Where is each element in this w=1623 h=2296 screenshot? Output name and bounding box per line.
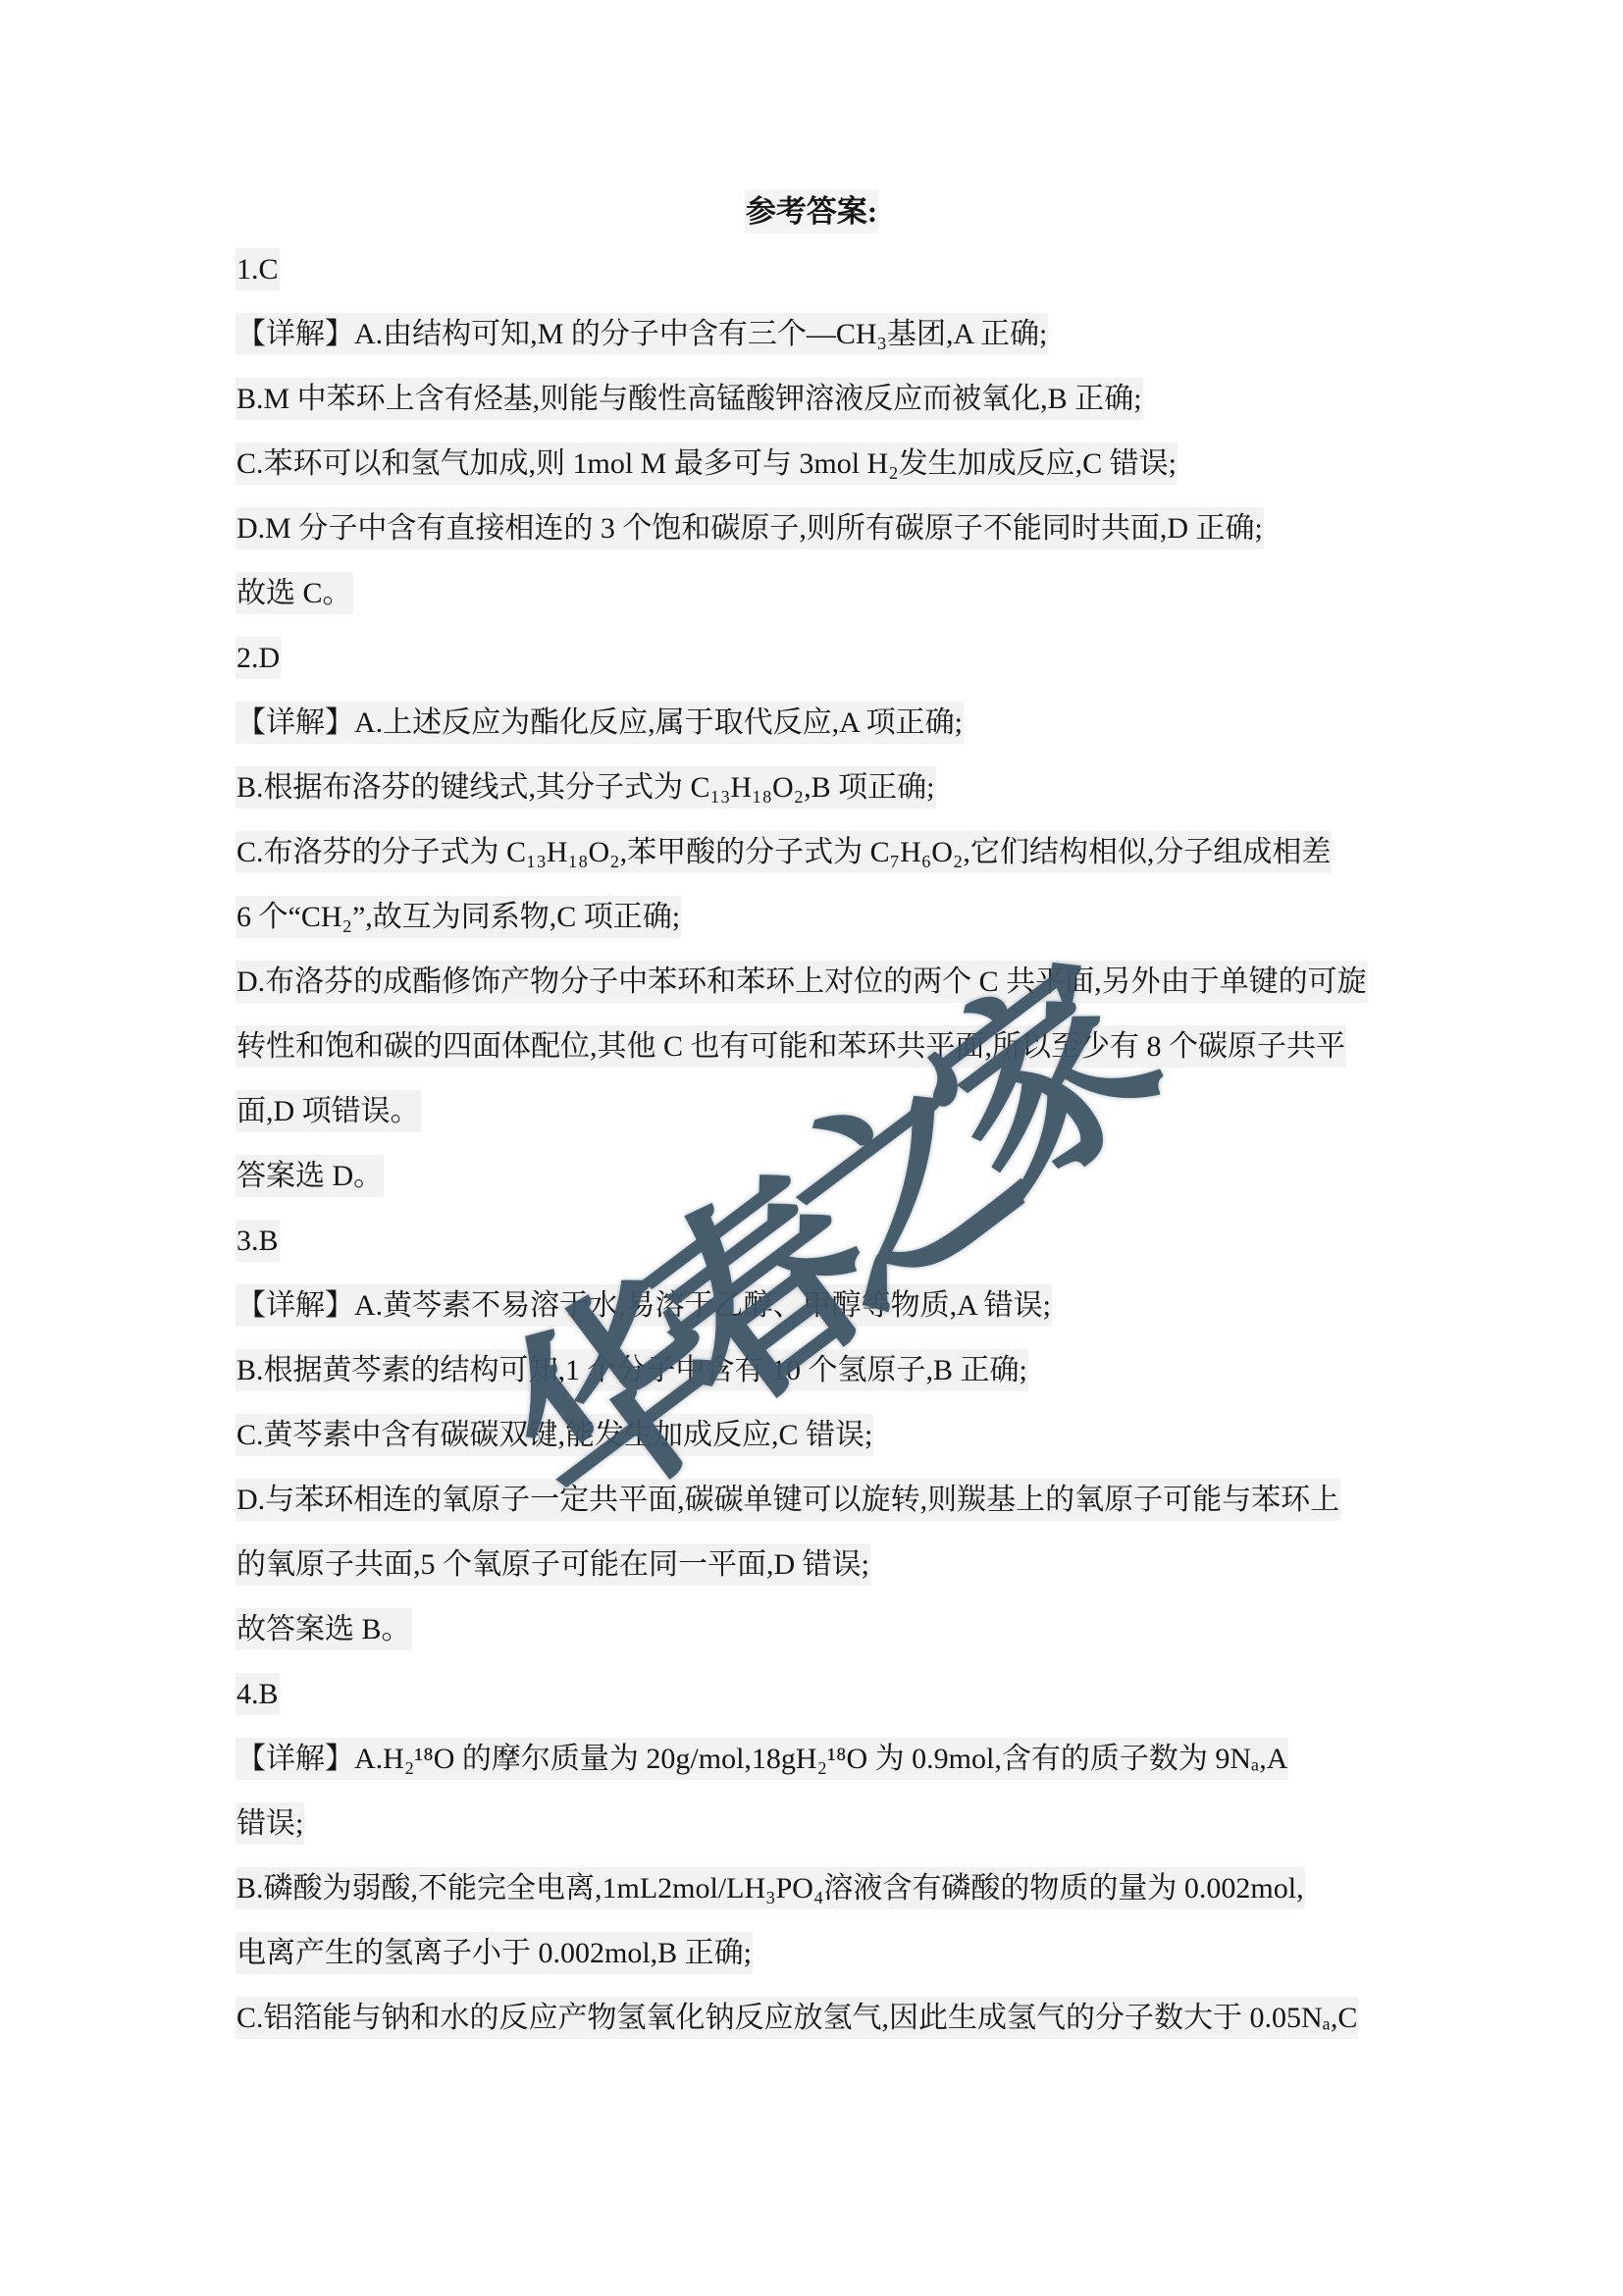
detail-line: B.根据布洛芬的键线式,其分子式为 C₁₃H₁₈O₂,B 项正确;: [236, 756, 1387, 820]
detail-line: 【详解】A.由结构可知,M 的分子中含有三个—CH₃基团,A 正确;: [236, 302, 1387, 367]
answer-block-q4: 4.B 【详解】A.H₂¹⁸O 的摩尔质量为 20g/mol,18gH₂¹⁸O …: [236, 1662, 1387, 2051]
page-content: 参考答案: 1.C 【详解】A.由结构可知,M 的分子中含有三个—CH₃基团,A…: [236, 186, 1387, 2051]
answer-block-q3: 3.B 【详解】A.黄芩素不易溶于水,易溶于乙醇、甲醇等物质,A 错误; B.根…: [236, 1209, 1387, 1662]
detail-line: 错误;: [236, 1792, 1387, 1856]
answer-number-q1: 1.C: [236, 237, 1387, 302]
detail-line: B.M 中苯环上含有烃基,则能与酸性高锰酸钾溶液反应而被氧化,B 正确;: [236, 367, 1387, 432]
conclusion-line: 故答案选 B。: [236, 1597, 1387, 1662]
answer-block-q1: 1.C 【详解】A.由结构可知,M 的分子中含有三个—CH₃基团,A 正确; B…: [236, 237, 1387, 626]
page-title: 参考答案:: [236, 186, 1387, 237]
detail-line: C.布洛芬的分子式为 C₁₃H₁₈O₂,苯甲酸的分子式为 C₇H₆O₂,它们结构…: [236, 820, 1387, 885]
conclusion-line: 答案选 D。: [236, 1144, 1387, 1209]
detail-line: C.黄芩素中含有碳碳双键,能发生加成反应,C 错误;: [236, 1403, 1387, 1468]
conclusion-line: 故选 C。: [236, 561, 1387, 626]
answer-block-q2: 2.D 【详解】A.上述反应为酯化反应,属于取代反应,A 项正确; B.根据布洛…: [236, 626, 1387, 1209]
detail-line: C.苯环可以和氢气加成,则 1mol M 最多可与 3mol H₂发生加成反应,…: [236, 432, 1387, 496]
detail-line: 6 个“CH₂”,故互为同系物,C 项正确;: [236, 885, 1387, 950]
detail-line: D.与苯环相连的氧原子一定共平面,碳碳单键可以旋转,则羰基上的氧原子可能与苯环上: [236, 1468, 1387, 1533]
detail-line: 的氧原子共面,5 个氧原子可能在同一平面,D 错误;: [236, 1533, 1387, 1597]
detail-line: 转性和饱和碳的四面体配位,其他 C 也有可能和苯环共平面,所以至少有 8 个碳原…: [236, 1015, 1387, 1079]
detail-line: B.根据黄芩素的结构可知,1 个分子中含有 10 个氢原子,B 正确;: [236, 1338, 1387, 1403]
answer-number-q3: 3.B: [236, 1209, 1387, 1274]
detail-line: D.布洛芬的成酯修饰产物分子中苯环和苯环上对位的两个 C 共平面,另外由于单键的…: [236, 950, 1387, 1015]
detail-line: C.铝箔能与钠和水的反应产物氢氧化钠反应放氢气,因此生成氢气的分子数大于 0.0…: [236, 1986, 1387, 2051]
answer-number-q2: 2.D: [236, 626, 1387, 691]
detail-line: 电离产生的氢离子小于 0.002mol,B 正确;: [236, 1921, 1387, 1986]
document-page: 参考答案: 1.C 【详解】A.由结构可知,M 的分子中含有三个—CH₃基团,A…: [0, 0, 1623, 2296]
detail-line: 【详解】A.H₂¹⁸O 的摩尔质量为 20g/mol,18gH₂¹⁸O 为 0.…: [236, 1727, 1387, 1792]
detail-line: 【详解】A.上述反应为酯化反应,属于取代反应,A 项正确;: [236, 691, 1387, 756]
page-title-text: 参考答案:: [745, 189, 878, 234]
answer-number-q4: 4.B: [236, 1662, 1387, 1727]
detail-line: 面,D 项错误。: [236, 1079, 1387, 1144]
detail-line: B.磷酸为弱酸,不能完全电离,1mL2mol/LH₃PO₄溶液含有磷酸的物质的量…: [236, 1856, 1387, 1921]
detail-line: 【详解】A.黄芩素不易溶于水,易溶于乙醇、甲醇等物质,A 错误;: [236, 1274, 1387, 1338]
detail-line: D.M 分子中含有直接相连的 3 个饱和碳原子,则所有碳原子不能同时共面,D 正…: [236, 496, 1387, 561]
